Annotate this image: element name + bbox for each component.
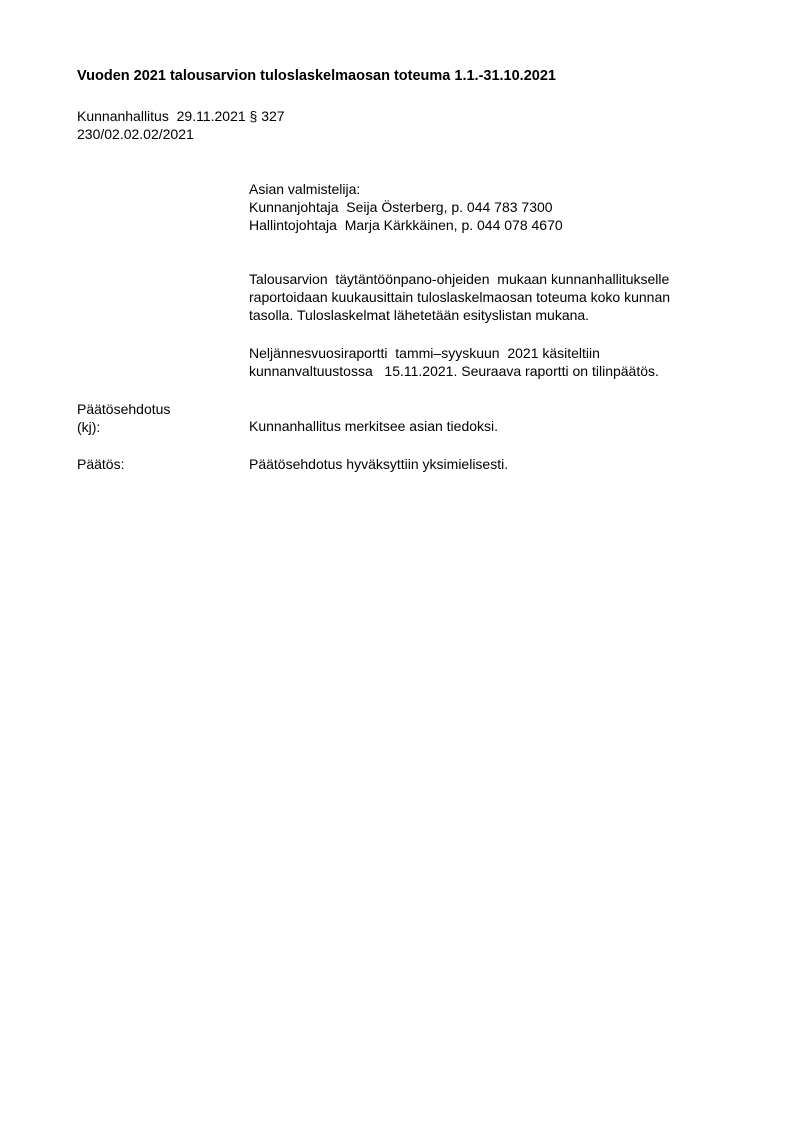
body-paragraph: Neljännesvuosiraportti tammi–syyskuun 20… [249, 344, 659, 380]
paragraph-line: Talousarvion täytäntöönpano-ohjeiden muk… [249, 270, 670, 288]
paragraph-line: kunnanvaltuustossa 15.11.2021. Seuraava … [249, 362, 659, 380]
decision-text: Päätösehdotus hyväksyttiin yksimielisest… [249, 456, 508, 473]
paragraph-line: tasolla. Tuloslaskelmat lähetetään esity… [249, 306, 670, 324]
preparer-line: Hallintojohtaja Marja Kärkkäinen, p. 044… [249, 216, 563, 234]
proposal-label: Päätösehdotus (kj): [77, 400, 170, 436]
document-title: Vuoden 2021 talousarvion tuloslaskelmaos… [77, 68, 556, 85]
record-number: 230/02.02.02/2021 [77, 125, 285, 143]
preparer-line: Kunnanjohtaja Seija Österberg, p. 044 78… [249, 198, 563, 216]
paragraph-line: Neljännesvuosiraportti tammi–syyskuun 20… [249, 344, 659, 362]
meeting-reference: Kunnanhallitus 29.11.2021 § 327 [77, 107, 285, 125]
preparer-heading: Asian valmistelija: [249, 180, 563, 198]
preparer-block: Asian valmistelija: Kunnanjohtaja Seija … [249, 180, 563, 234]
proposal-text: Kunnanhallitus merkitsee asian tiedoksi. [249, 418, 498, 435]
decision-label: Päätös: [77, 456, 124, 473]
proposal-label-line1: Päätösehdotus [77, 400, 170, 418]
proposal-label-line2: (kj): [77, 418, 170, 436]
meeting-info: Kunnanhallitus 29.11.2021 § 327 230/02.0… [77, 107, 285, 143]
paragraph-line: raportoidaan kuukausittain tuloslaskelma… [249, 288, 670, 306]
body-paragraph: Talousarvion täytäntöönpano-ohjeiden muk… [249, 270, 670, 324]
